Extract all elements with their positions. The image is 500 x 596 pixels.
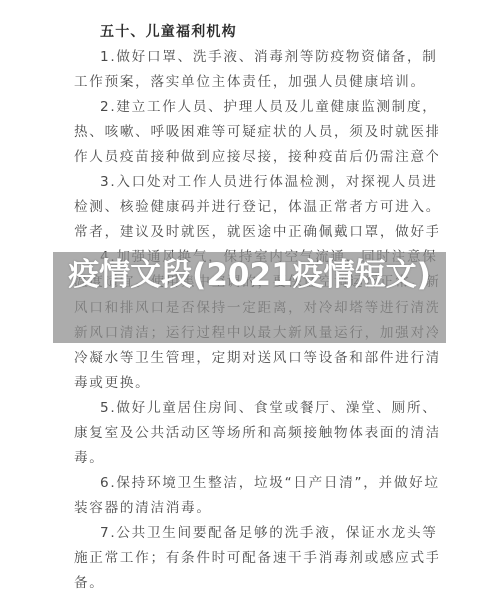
document-line: 热、咳嗽、呼吸困难等可疑症状的人员，须及时就医排查。工 [74, 120, 438, 145]
document-line: 7.公共卫生间要配备足够的洗手液，保证水龙头等供水设 [74, 521, 438, 546]
document-line: 毒。 [74, 446, 438, 471]
document-line: 施正常工作；有条件时可配备速干手消毒剂或感应式手消毒设 [74, 546, 438, 571]
document-line: 5.做好儿童居住房间、食堂或餐厅、澡堂、厕所、教室、 [74, 396, 438, 421]
document-line: 康复室及公共活动区等场所和高频接触物体表面的清洁和消 [74, 421, 438, 446]
document-line: 冷凝水等卫生管理，定期对送风口等设备和部件进行清洗、消 [74, 346, 438, 371]
section-heading: 五十、儿童福利机构 [74, 20, 438, 45]
document-line: 备。 [74, 571, 438, 596]
document-line: 作人员疫苗接种做到应接尽接，接种疫苗后仍需注意个人防护。 [74, 145, 438, 170]
document-line: 1.做好口罩、洗手液、消毒剂等防疫物资储备，制定应急 [74, 45, 438, 70]
document-line: 工作预案，落实单位主体责任，加强人员健康培训。 [74, 70, 438, 95]
document-line: 常者，建议及时就医，就医途中正确佩戴口罩，做好手卫生。 [74, 220, 438, 245]
document-line: 装容器的清洁消毒。 [74, 496, 438, 521]
document-line: 6.保持环境卫生整洁，垃圾“日产日清”，并做好垃圾盛 [74, 471, 438, 496]
document-line: 2.建立工作人员、护理人员及儿童健康监测制度，出现发 [74, 95, 438, 120]
document-line: 毒或更换。 [74, 371, 438, 396]
article-title[interactable]: 疫情文段(2021疫情短文) [53, 256, 446, 294]
document-line: 检测、核验健康码并进行登记，体温正常者方可进入。体温异 [74, 195, 438, 220]
document-line: 3.入口处对工作人员进行体温检测，对探视人员进行体温 [74, 170, 438, 195]
